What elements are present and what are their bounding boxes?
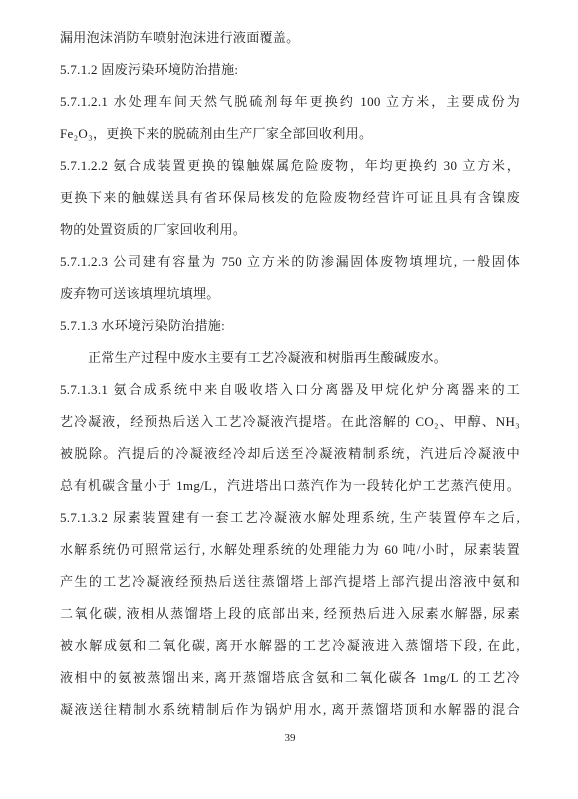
text-line: 艺冷凝液，经预热后送入工艺冷凝液汽提塔。在此溶解的 CO₂、甲醇、NH₃: [60, 406, 520, 438]
text-line: 产生的工艺冷凝液经预热后送往蒸馏塔上部汽提塔上部汽提出溶液中氨和: [60, 566, 520, 598]
text-line: Fe₂O₃，更换下来的脱硫剂由生产厂家全部回收利用。: [60, 118, 520, 150]
text-line: 总有机碳含量小于 1mg/L，汽进塔出口蒸汽作为一段转化炉工艺蒸汽使用。: [60, 470, 520, 502]
text-line: 凝液送往精制水系统精制后作为锅炉用水, 离开蒸馏塔顶和水解器的混合: [60, 694, 520, 726]
text-line: 5.7.1.2.1 水处理车间天然气脱硫剂每年更换约 100 立方米，主要成份为: [60, 86, 520, 118]
text-line: 5.7.1.2.3 公司建有容量为 750 立方米的防渗漏固体废物填埋坑, 一般…: [60, 246, 520, 278]
text-line: 5.7.1.2.2 氨合成装置更换的镍触媒属危险废物，年均更换约 30 立方米，: [60, 150, 520, 182]
text-line: 漏用泡沫消防车喷射泡沫进行液面覆盖。: [60, 22, 520, 54]
page-number: 39: [60, 730, 520, 746]
text-line: 5.7.1.3.1 氨合成系统中来自吸收塔入口分离器及甲烷化炉分离器来的工: [60, 374, 520, 406]
text-line: 5.7.1.3 水环境污染防治措施:: [60, 310, 520, 342]
text-line: 被水解成氨和二氧化碳, 离开水解器的工艺冷凝液进入蒸馏塔下段, 在此,: [60, 630, 520, 662]
text-line: 液相中的氨被蒸馏出来, 离开蒸馏塔底含氨和二氧化碳各 1mg/L 的工艺冷: [60, 662, 520, 694]
text-line: 5.7.1.2 固废污染环境防治措施:: [60, 54, 520, 86]
text-line: 更换下来的触媒送具有省环保局核发的危险废物经营许可证且具有含镍废: [60, 182, 520, 214]
text-line: 水解系统仍可照常运行, 水解处理系统的处理能力为 60 吨/小时，尿素装置: [60, 534, 520, 566]
text-line: 废弃物可送该填埋坑填埋。: [60, 278, 520, 310]
text-line: 二氧化碳, 液相从蒸馏塔上段的底部出来, 经预热后进入尿素水解器, 尿素: [60, 598, 520, 630]
text-line: 被脱除。汽提后的冷凝液经冷却后送至冷凝液精制系统，汽进后冷凝液中: [60, 438, 520, 470]
text-line: 正常生产过程中废水主要有工艺冷凝液和树脂再生酸碱废水。: [60, 342, 520, 374]
text-line: 物的处置资质的厂家回收利用。: [60, 214, 520, 246]
text-block: 漏用泡沫消防车喷射泡沫进行液面覆盖。5.7.1.2 固废污染环境防治措施:5.7…: [60, 22, 520, 726]
document-page: 漏用泡沫消防车喷射泡沫进行液面覆盖。5.7.1.2 固废污染环境防治措施:5.7…: [0, 0, 578, 799]
text-line: 5.7.1.3.2 尿素装置建有一套工艺冷凝液水解处理系统, 生产装置停车之后,: [60, 502, 520, 534]
